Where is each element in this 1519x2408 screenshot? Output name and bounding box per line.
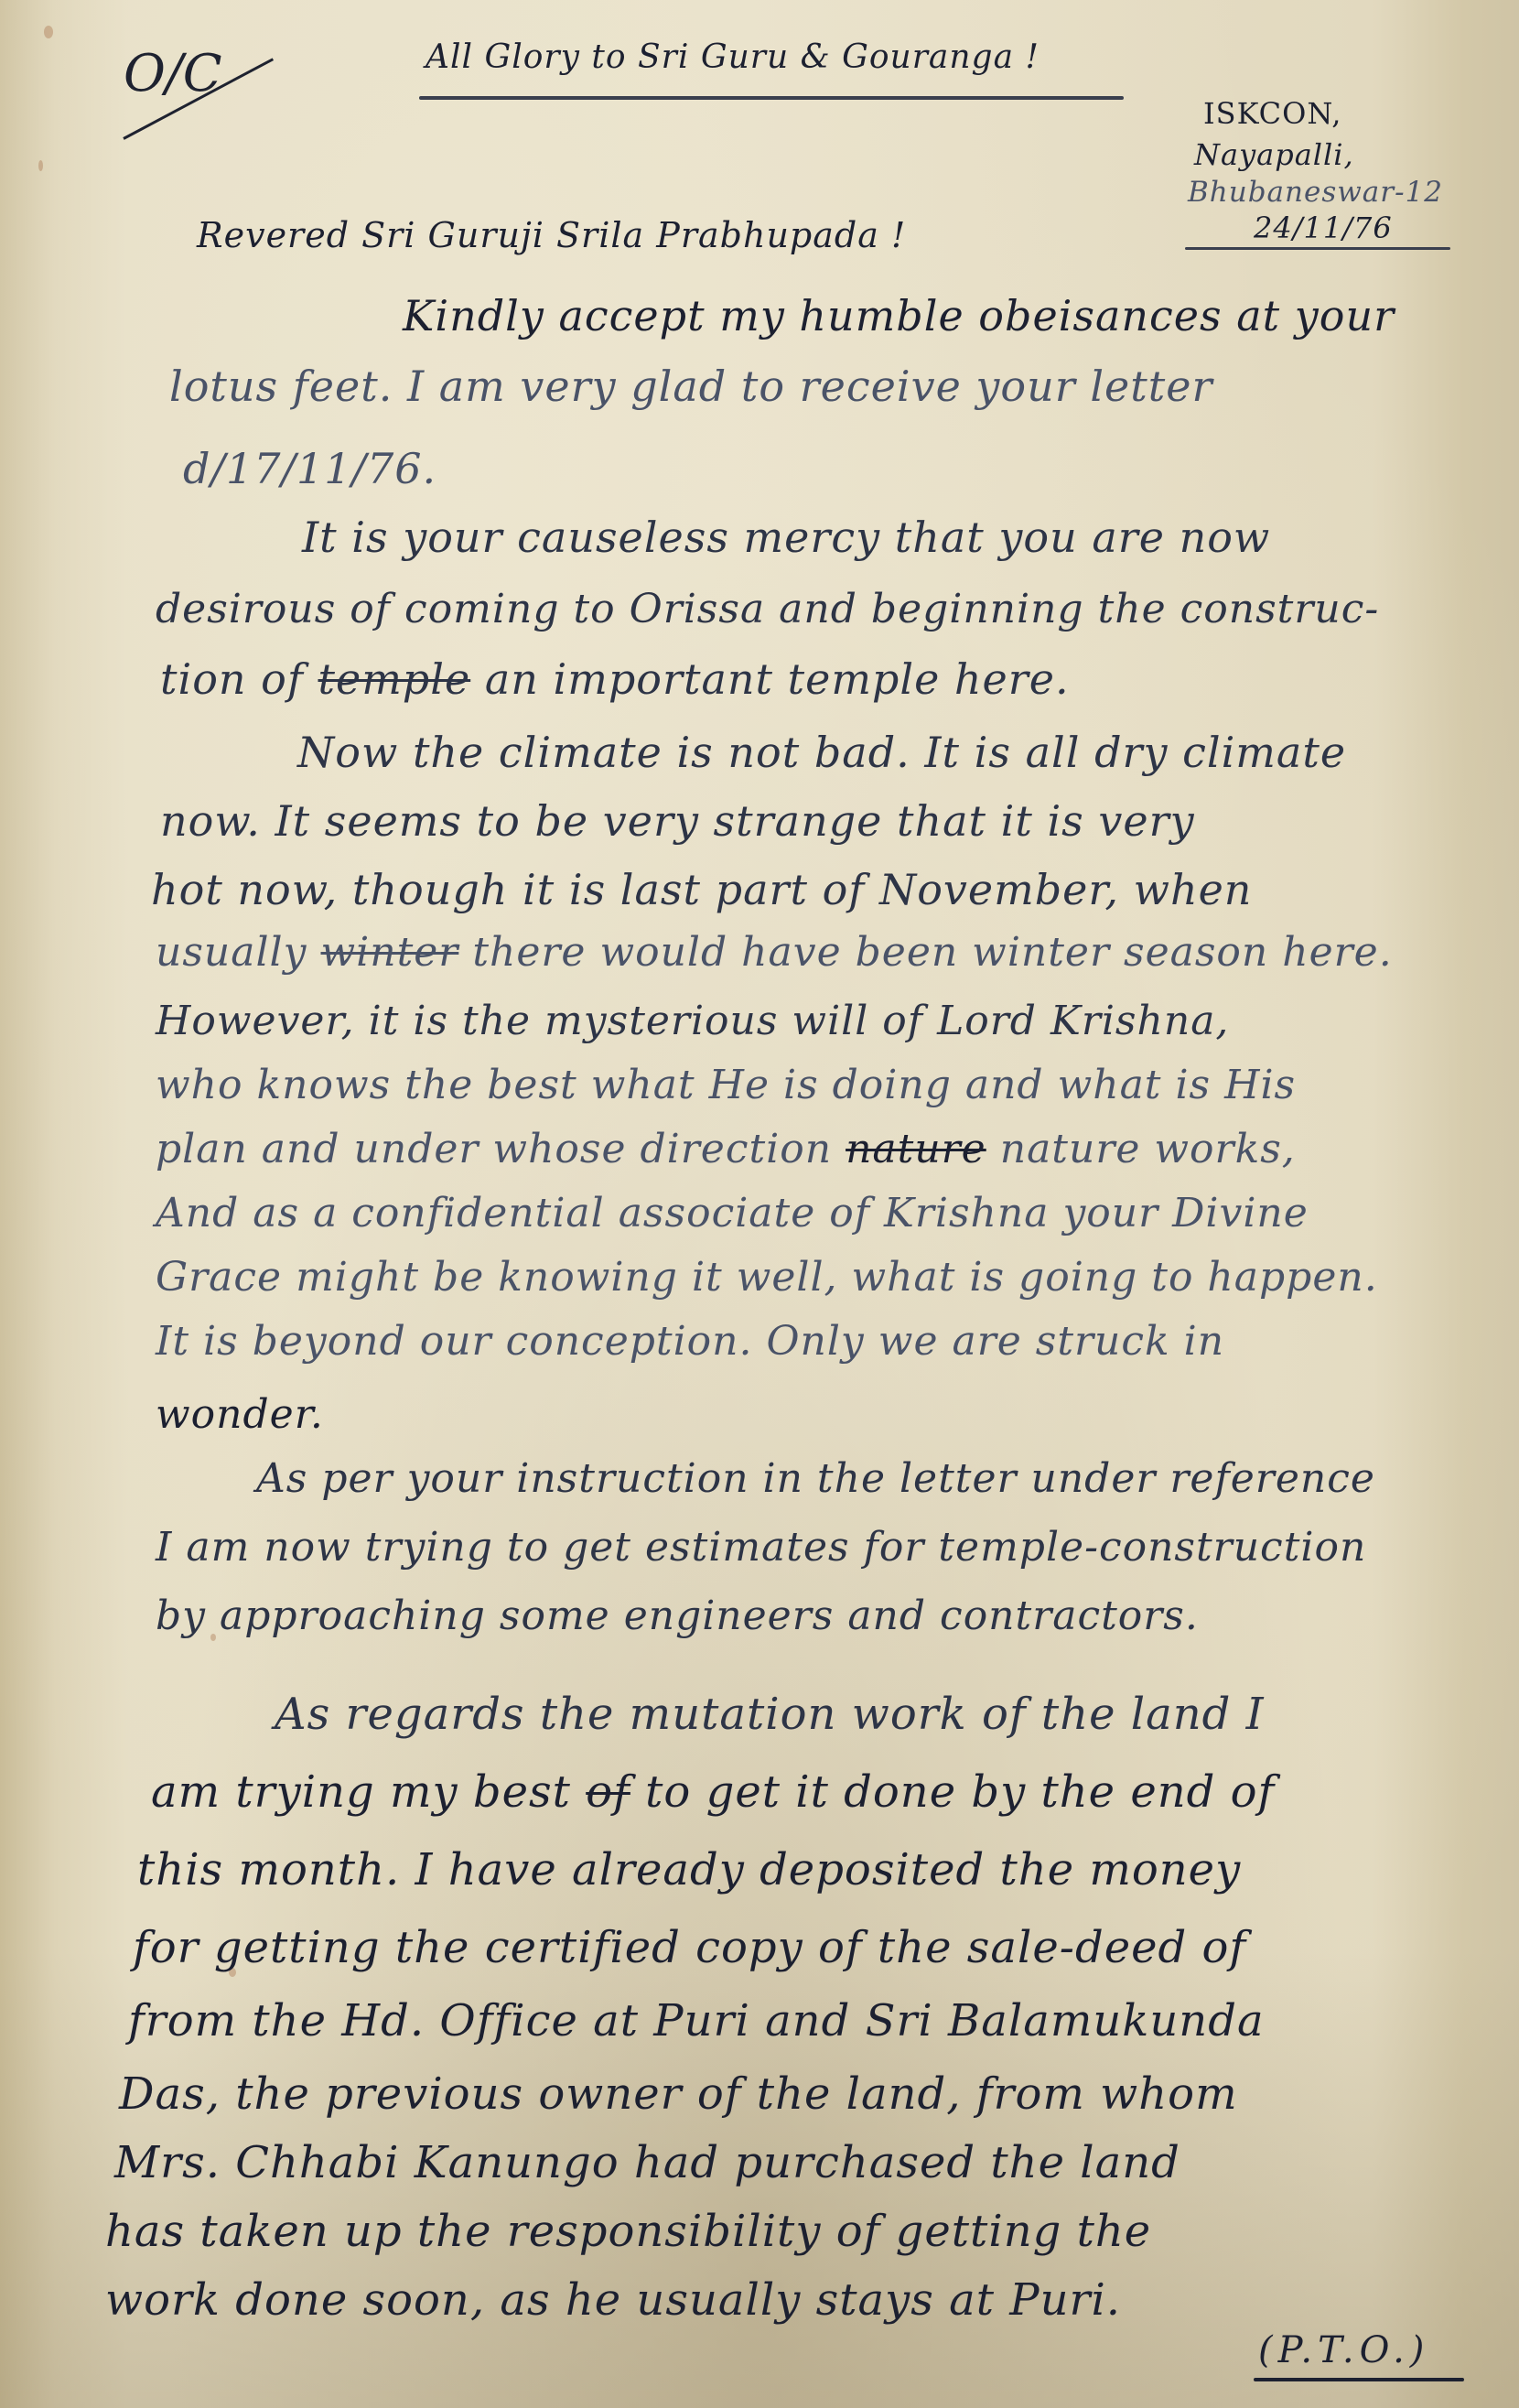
address-line-2: Nayapalli, xyxy=(1194,137,1354,172)
body-line: tion of temple an important temple here. xyxy=(160,654,1070,704)
letter-date: 24/11/76 xyxy=(1254,211,1393,245)
line-text: tion of xyxy=(160,654,304,704)
body-line: However, it is the mysterious will of Lo… xyxy=(156,998,1229,1044)
line-text: an important temple here. xyxy=(485,654,1070,704)
body-line: by approaching some engineers and contra… xyxy=(156,1593,1199,1639)
date-underline xyxy=(1185,247,1450,250)
body-line: Mrs. Chhabi Kanungo had purchased the la… xyxy=(114,2137,1180,2188)
line-text: to get it done by the end of xyxy=(645,1766,1275,1818)
body-line: for getting the certified copy of the sa… xyxy=(133,1922,1246,1973)
body-line: And as a confidential associate of Krish… xyxy=(156,1190,1309,1236)
body-line: plan and under whose direction nature na… xyxy=(156,1126,1296,1172)
body-line: d/17/11/76. xyxy=(183,444,436,493)
body-line: this month. I have already deposited the… xyxy=(137,1844,1241,1895)
body-line: Kindly accept my humble obeisances at yo… xyxy=(403,291,1395,340)
address-line-3: Bhubaneswar-12 xyxy=(1188,176,1443,209)
line-text: there would have been winter season here… xyxy=(472,929,1392,976)
body-line: It is your causeless mercy that you are … xyxy=(302,513,1270,562)
body-line: who knows the best what He is doing and … xyxy=(156,1062,1296,1108)
invocation-heading: All Glory to Sri Guru & Gouranga ! xyxy=(426,38,1040,76)
body-line: As per your instruction in the letter un… xyxy=(256,1455,1375,1502)
body-line: wonder. xyxy=(156,1391,324,1438)
body-line: lotus feet. I am very glad to receive yo… xyxy=(169,362,1212,411)
struck-word: nature xyxy=(846,1126,986,1172)
body-line: As regards the mutation work of the land… xyxy=(275,1689,1265,1740)
body-line: hot now, though it is last part of Novem… xyxy=(151,865,1252,914)
please-turn-over-note: (P.T.O.) xyxy=(1258,2329,1429,2371)
struck-word: winter xyxy=(321,929,459,976)
pto-underline xyxy=(1254,2378,1464,2381)
body-line: Das, the previous owner of the land, fro… xyxy=(119,2068,1238,2120)
body-line: Grace might be knowing it well, what is … xyxy=(156,1254,1378,1301)
paper-stain xyxy=(44,26,53,38)
struck-word: temple xyxy=(318,654,470,704)
line-text: am trying my best xyxy=(151,1766,571,1818)
body-line: Now the climate is not bad. It is all dr… xyxy=(297,728,1346,777)
paper-stain xyxy=(38,160,43,171)
body-line: now. It seems to be very strange that it… xyxy=(160,796,1195,846)
body-line: has taken up the responsibility of getti… xyxy=(105,2206,1151,2257)
line-text: usually xyxy=(156,929,307,976)
body-line: am trying my best of to get it done by t… xyxy=(151,1766,1275,1818)
body-line: I am now trying to get estimates for tem… xyxy=(156,1524,1366,1571)
body-line: It is beyond our conception. Only we are… xyxy=(156,1318,1224,1365)
body-line: usually winter there would have been win… xyxy=(156,929,1393,976)
struck-word: of xyxy=(586,1766,630,1818)
line-text: plan and under whose direction xyxy=(156,1126,832,1172)
invocation-underline xyxy=(419,96,1124,100)
salutation: Revered Sri Guruji Srila Prabhupada ! xyxy=(197,215,906,255)
line-text: nature works, xyxy=(1000,1126,1296,1172)
address-line-1: ISKCON, xyxy=(1203,96,1341,131)
body-line: desirous of coming to Orissa and beginni… xyxy=(156,586,1379,632)
body-line: from the Hd. Office at Puri and Sri Bala… xyxy=(128,1995,1265,2046)
body-line: work done soon, as he usually stays at P… xyxy=(105,2274,1121,2326)
